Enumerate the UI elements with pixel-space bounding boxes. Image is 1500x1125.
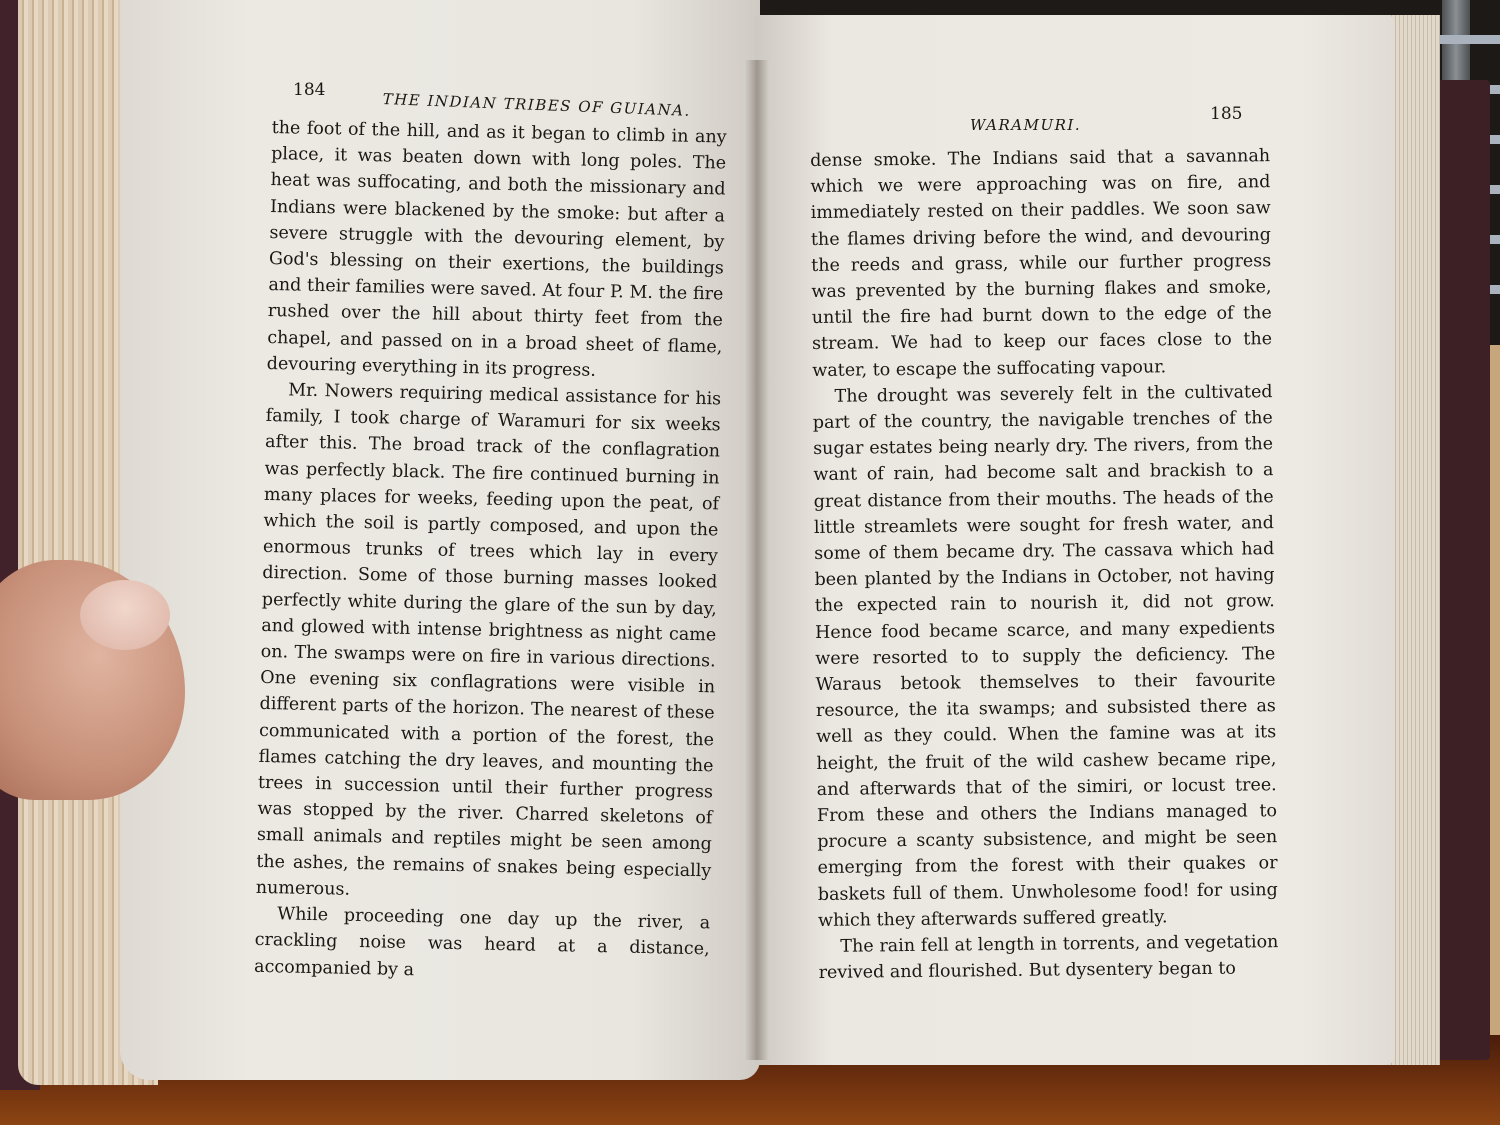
paragraph: While proceeding one day up the river, a… <box>254 901 711 989</box>
paragraph: The drought was severely felt in the cul… <box>812 379 1278 934</box>
book-gutter <box>745 60 769 1060</box>
paragraph: the foot of the hill, and as it began to… <box>267 115 727 387</box>
right-page-body: dense smoke. The Indians said that a sav… <box>810 143 1279 986</box>
paragraph: Mr. Nowers requiring medical assistance … <box>256 377 722 910</box>
left-page-number: 184 <box>293 80 325 100</box>
thumbnail <box>80 580 170 650</box>
paragraph: dense smoke. The Indians said that a sav… <box>810 143 1272 384</box>
paragraph: The rain fell at length in torrents, and… <box>818 929 1279 986</box>
right-running-head: WARAMURI. <box>970 116 1081 134</box>
left-page-body: the foot of the hill, and as it began to… <box>254 115 727 989</box>
right-page-number: 185 <box>1210 104 1242 124</box>
